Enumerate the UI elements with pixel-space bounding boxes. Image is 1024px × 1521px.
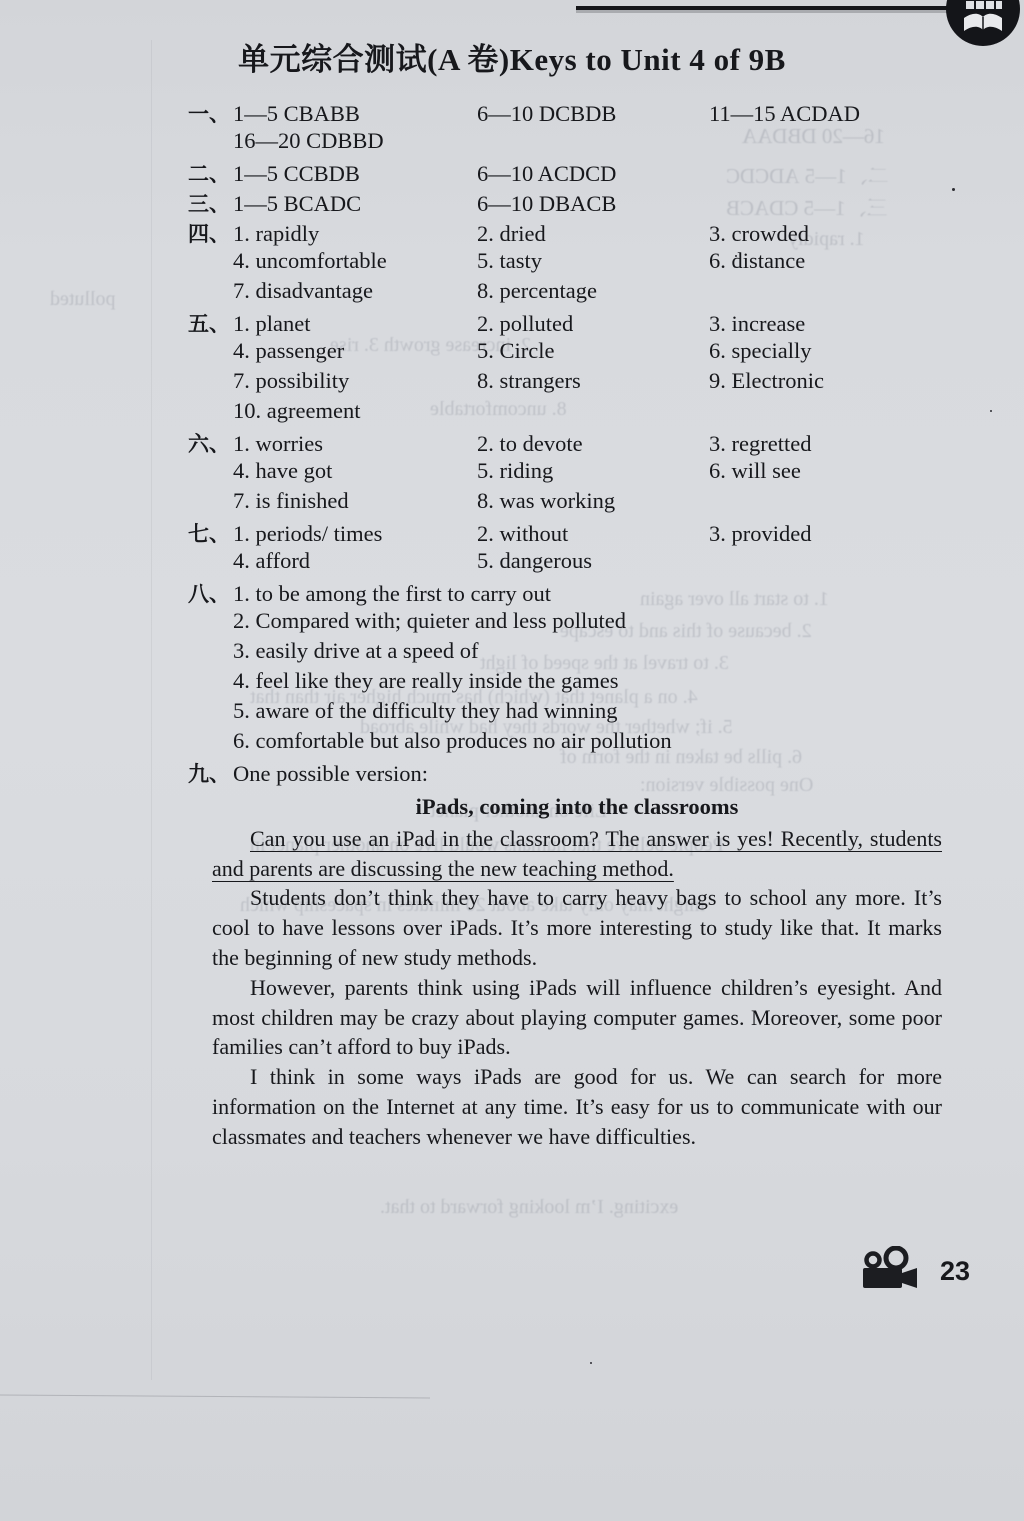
answer-cell: 3. provided	[709, 521, 988, 547]
answer-row: 2. Compared with; quieter and less pollu…	[188, 608, 988, 638]
answer-cell: 2. to devote	[477, 431, 709, 457]
answer-cell: 1. periods/ times	[233, 521, 477, 547]
answer-cell: 1—5 CCBDB	[233, 161, 477, 187]
answer-cell: 9. Electronic	[709, 368, 988, 394]
answer-cell: 4. have got	[233, 458, 477, 484]
answer-row: 八、1. to be among the first to carry out	[188, 578, 988, 608]
answer-row: 三、1—5 BCADC6—10 DBACB	[188, 188, 988, 218]
answer-cell: 6—10 DBACB	[477, 191, 709, 217]
answer-cell: 8. strangers	[477, 368, 709, 394]
answer-row: 7. disadvantage8. percentage	[188, 278, 988, 308]
answer-cell: 6. specially	[709, 338, 988, 364]
section-label: 六、	[188, 428, 233, 458]
answer-cell: 5. Circle	[477, 338, 709, 364]
answer-text: 2. Compared with; quieter and less pollu…	[233, 608, 988, 634]
header-rule	[576, 6, 952, 10]
answer-cell: 5. dangerous	[477, 548, 709, 574]
answer-cell: 2. without	[477, 521, 709, 547]
essay-paragraph: However, parents think using iPads will …	[212, 973, 942, 1062]
answer-text: 3. easily drive at a speed of	[233, 638, 988, 664]
answer-row: 4. have got5. riding6. will see	[188, 458, 988, 488]
answer-row: 七、1. periods/ times2. without3. provided	[188, 518, 988, 548]
answer-cell: 8. was working	[477, 488, 709, 514]
answer-row: 九、One possible version:	[188, 758, 988, 788]
section-label: 九、	[188, 758, 233, 788]
answer-row: 六、1. worries2. to devote3. regretted	[188, 428, 988, 458]
section-label: 八、	[188, 578, 233, 608]
scan-crease-vertical	[151, 40, 152, 1380]
section-label: 五、	[188, 308, 233, 338]
answer-cell: 5. riding	[477, 458, 709, 484]
essay-block: iPads, coming into the classrooms Can yo…	[212, 792, 942, 1152]
essay-paragraph: Students don’t think they have to carry …	[212, 883, 942, 972]
answer-row: 4. uncomfortable5. tasty6. distance	[188, 248, 988, 278]
answer-text: 6. comfortable but also produces no air …	[233, 728, 988, 754]
scan-speck	[590, 1362, 592, 1364]
section-label: 三、	[188, 188, 233, 218]
answer-row: 3. easily drive at a speed of	[188, 638, 988, 668]
ghost-text-fragment: polluted	[50, 288, 116, 311]
answer-text: 5. aware of the difficulty they had winn…	[233, 698, 988, 724]
answer-cell: 8. percentage	[477, 278, 709, 304]
section-label: 二、	[188, 158, 233, 188]
answer-row: 一、1—5 CBABB6—10 DCBDB11—15 ACDAD	[188, 98, 988, 128]
answer-row: 5. aware of the difficulty they had winn…	[188, 698, 988, 728]
answer-key-grid: 一、1—5 CBABB6—10 DCBDB11—15 ACDAD16—20 CD…	[188, 98, 988, 788]
answer-cell: 16—20 CDBBD	[233, 128, 477, 154]
answer-row: 6. comfortable but also produces no air …	[188, 728, 988, 758]
answer-row: 7. possibility8. strangers9. Electronic	[188, 368, 988, 398]
answer-cell: 4. passenger	[233, 338, 477, 364]
answer-cell: 11—15 ACDAD	[709, 101, 988, 127]
answer-cell: 1—5 BCADC	[233, 191, 477, 217]
scan-speck	[990, 410, 992, 412]
answer-cell: 6—10 DCBDB	[477, 101, 709, 127]
answer-cell: 3. crowded	[709, 221, 988, 247]
answer-cell: 2. polluted	[477, 311, 709, 337]
answer-text: 4. feel like they are really inside the …	[233, 668, 988, 694]
answer-cell: 7. is finished	[233, 488, 477, 514]
answer-text: 1. to be among the first to carry out	[233, 581, 988, 607]
answer-cell: 6—10 ACDCD	[477, 161, 709, 187]
film-camera-icon	[858, 1246, 922, 1292]
answer-row: 7. is finished8. was working	[188, 488, 988, 518]
answer-cell: 1—5 CBABB	[233, 101, 477, 127]
section-label: 一、	[188, 98, 233, 128]
answer-cell: 1. rapidly	[233, 221, 477, 247]
answer-cell: 3. regretted	[709, 431, 988, 457]
answer-cell: 5. tasty	[477, 248, 709, 274]
page-number: 23	[940, 1256, 970, 1292]
paper-crease	[0, 1394, 430, 1398]
page-footer: 23	[858, 1246, 970, 1292]
section-label: 七、	[188, 518, 233, 548]
answer-cell: 1. planet	[233, 311, 477, 337]
answer-row: 10. agreement	[188, 398, 988, 428]
answer-cell: 6. distance	[709, 248, 988, 274]
page-title: 单元综合测试(A 卷)Keys to Unit 4 of 9B	[0, 34, 1024, 79]
answer-row: 四、1. rapidly2. dried3. crowded	[188, 218, 988, 248]
answer-row: 二、1—5 CCBDB6—10 ACDCD	[188, 158, 988, 188]
answer-row: 五、1. planet2. polluted3. increase	[188, 308, 988, 338]
answer-cell: 4. afford	[233, 548, 477, 574]
essay-paragraph: Can you use an iPad in the classroom? Th…	[212, 824, 942, 884]
answer-cell: 1. worries	[233, 431, 477, 457]
answer-text: One possible version:	[233, 761, 988, 787]
answer-cell: 3. increase	[709, 311, 988, 337]
ghost-text-fragment: exciting. I’m looking forward to that.	[380, 1196, 678, 1219]
answer-row: 4. passenger5. Circle6. specially	[188, 338, 988, 368]
section-label: 四、	[188, 218, 233, 248]
answer-row: 4. afford5. dangerous	[188, 548, 988, 578]
essay-title: iPads, coming into the classrooms	[212, 792, 942, 822]
answer-cell: 10. agreement	[233, 398, 477, 424]
answer-cell: 6. will see	[709, 458, 988, 484]
answer-row: 4. feel like they are really inside the …	[188, 668, 988, 698]
answer-cell: 2. dried	[477, 221, 709, 247]
answer-cell: 7. disadvantage	[233, 278, 477, 304]
essay-paragraphs: Can you use an iPad in the classroom? Th…	[212, 824, 942, 1152]
answer-cell: 4. uncomfortable	[233, 248, 477, 274]
essay-paragraph: I think in some ways iPads are good for …	[212, 1062, 942, 1151]
answer-cell: 7. possibility	[233, 368, 477, 394]
answer-row: 16—20 CDBBD	[188, 128, 988, 158]
